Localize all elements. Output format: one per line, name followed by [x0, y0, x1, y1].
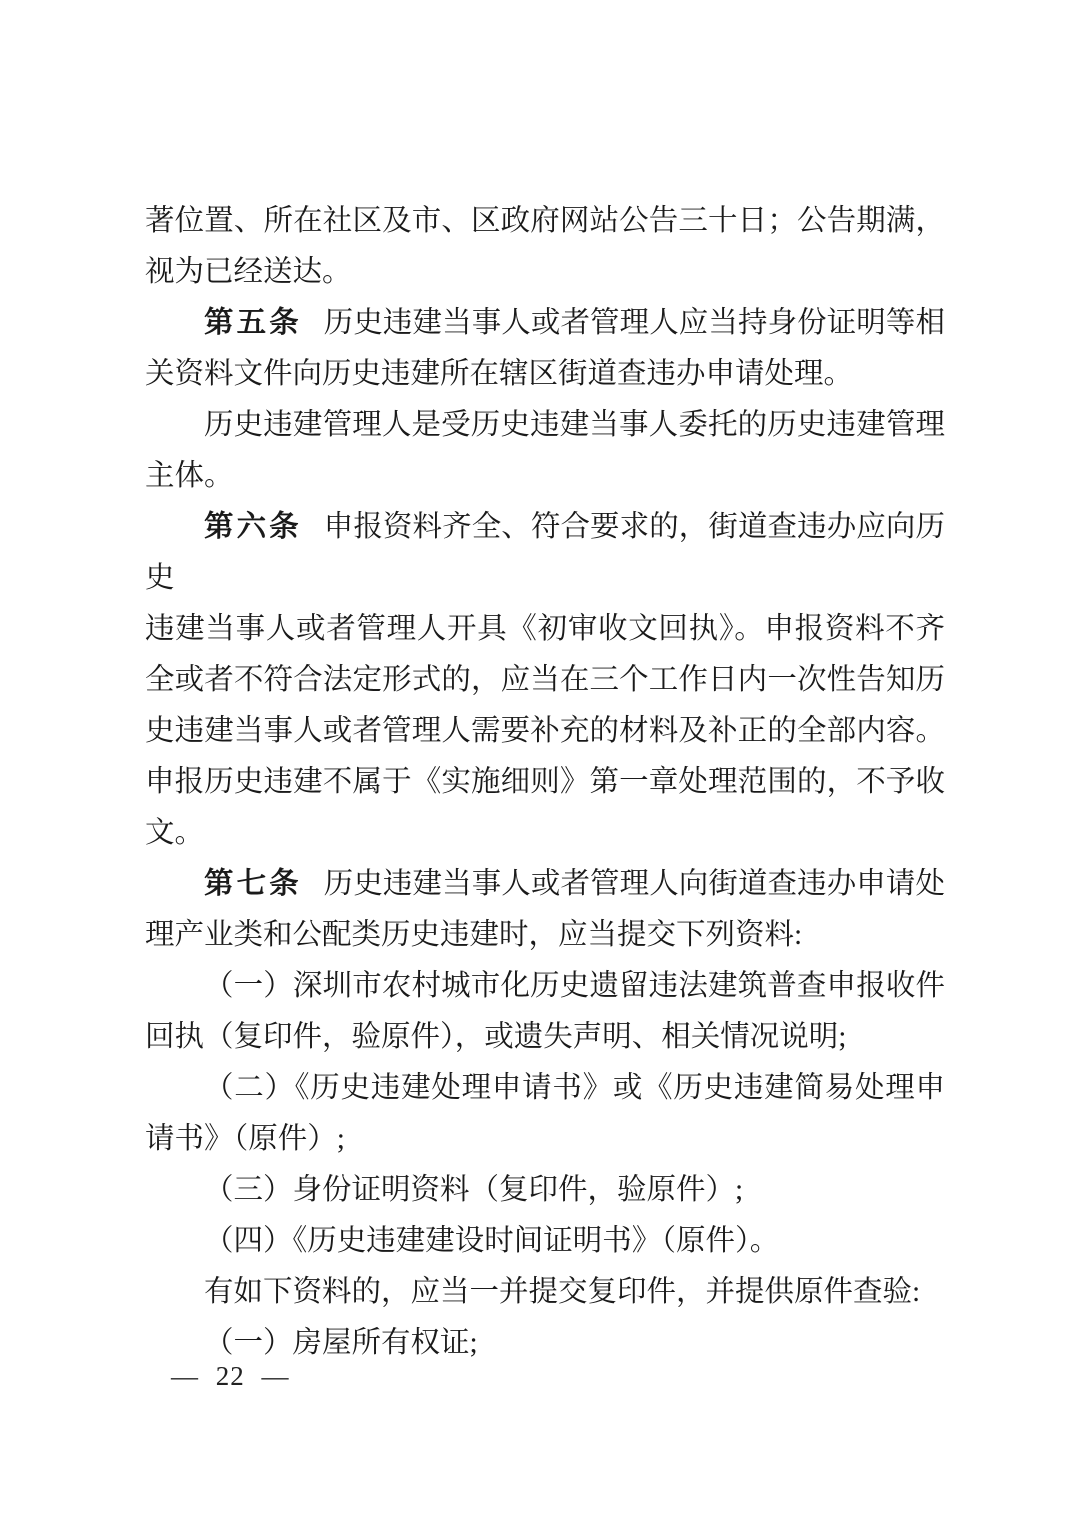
line-text: 全或者不符合法定形式的，应当在三个工作日内一次性告知历: [145, 664, 945, 696]
text-line: 著位置、所在社区及市、区政府网站公告三十日；公告期满，: [145, 196, 945, 247]
line-text: （三）身份证明资料（复印件，验原件）;: [204, 1174, 743, 1206]
text-line: （二）《历史违建处理申请书》或《历史违建简易处理申: [145, 1063, 945, 1114]
article-number: 第五条: [204, 307, 302, 339]
text-line: （三）身份证明资料（复印件，验原件）;: [145, 1165, 945, 1216]
text-line: 理产业类和公配类历史违建时，应当提交下列资料:: [145, 910, 945, 961]
text-line: 史违建当事人或者管理人需要补充的材料及补正的全部内容。: [145, 706, 945, 757]
document-body: 著位置、所在社区及市、区政府网站公告三十日；公告期满，视为已经送达。第五条历史违…: [145, 196, 945, 1369]
line-text: 请书》（原件）;: [145, 1123, 345, 1155]
text-line: 第六条申报资料齐全、符合要求的，街道查违办应向历史: [145, 502, 945, 604]
text-line: 主体。: [145, 451, 945, 502]
text-line: 历史违建管理人是受历史违建当事人委托的历史违建管理: [145, 400, 945, 451]
line-text: 历史违建当事人或者管理人应当持身份证明等相: [324, 307, 945, 339]
line-text: 历史违建管理人是受历史违建当事人委托的历史违建管理: [204, 409, 945, 441]
page-number: — 22 —: [171, 1358, 290, 1394]
text-line: 文。: [145, 808, 945, 859]
line-text: （四）《历史违建建设时间证明书》（原件）。: [204, 1225, 779, 1257]
text-line: 请书》（原件）;: [145, 1114, 945, 1165]
text-line: 视为已经送达。: [145, 247, 945, 298]
line-text: 主体。: [145, 460, 234, 492]
line-text: 有如下资料的，应当一并提交复印件，并提供原件查验:: [204, 1276, 920, 1308]
text-line: 回执（复印件，验原件），或遗失声明、相关情况说明;: [145, 1012, 945, 1063]
line-text: 关资料文件向历史违建所在辖区街道查违办申请处理。: [145, 358, 853, 390]
article-number: 第七条: [204, 868, 302, 900]
text-line: 全或者不符合法定形式的，应当在三个工作日内一次性告知历: [145, 655, 945, 706]
line-text: （一）房屋所有权证;: [204, 1327, 478, 1359]
line-text: （二）《历史违建处理申请书》或《历史违建简易处理申: [204, 1072, 945, 1104]
line-text: 视为已经送达。: [145, 256, 352, 288]
line-text: 文。: [145, 817, 204, 849]
line-text: 申报历史违建不属于《实施细则》第一章处理范围的，不予收: [145, 766, 945, 798]
line-text: 违建当事人或者管理人开具《初审收文回执》。申报资料不齐: [145, 613, 945, 645]
text-line: 违建当事人或者管理人开具《初审收文回执》。申报资料不齐: [145, 604, 945, 655]
line-text: 史违建当事人或者管理人需要补充的材料及补正的全部内容。: [145, 715, 945, 747]
text-line: 关资料文件向历史违建所在辖区街道查违办申请处理。: [145, 349, 945, 400]
line-text: 历史违建当事人或者管理人向街道查违办申请处: [324, 868, 945, 900]
text-line: 申报历史违建不属于《实施细则》第一章处理范围的，不予收: [145, 757, 945, 808]
line-text: （一）深圳市农村城市化历史遗留违法建筑普查申报收件: [204, 970, 945, 1002]
document-page: 著位置、所在社区及市、区政府网站公告三十日；公告期满，视为已经送达。第五条历史违…: [0, 0, 1080, 1527]
line-text: 著位置、所在社区及市、区政府网站公告三十日；公告期满，: [145, 205, 945, 237]
text-line: 第五条历史违建当事人或者管理人应当持身份证明等相: [145, 298, 945, 349]
text-line: （一）深圳市农村城市化历史遗留违法建筑普查申报收件: [145, 961, 945, 1012]
line-text: 回执（复印件，验原件），或遗失声明、相关情况说明;: [145, 1021, 846, 1053]
text-line: 有如下资料的，应当一并提交复印件，并提供原件查验:: [145, 1267, 945, 1318]
text-line: （四）《历史违建建设时间证明书》（原件）。: [145, 1216, 945, 1267]
article-number: 第六条: [204, 511, 302, 543]
text-line: 第七条历史违建当事人或者管理人向街道查违办申请处: [145, 859, 945, 910]
line-text: 理产业类和公配类历史违建时，应当提交下列资料:: [145, 919, 802, 951]
